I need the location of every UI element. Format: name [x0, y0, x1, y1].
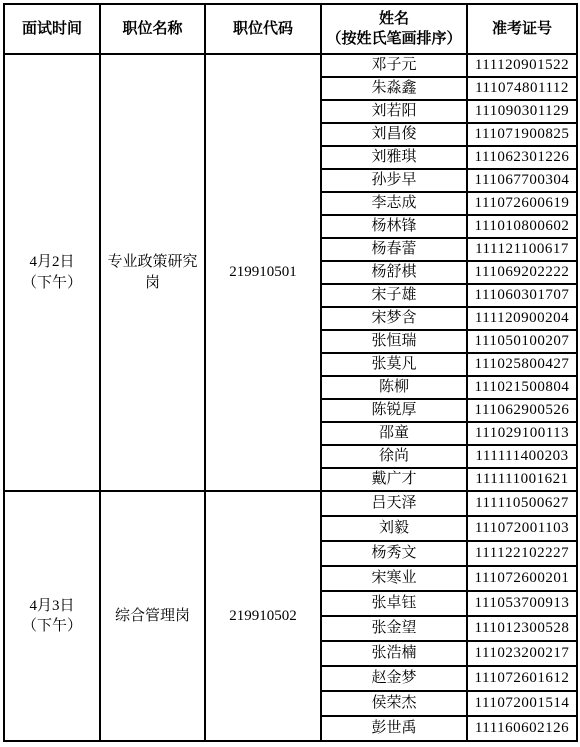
candidate-name-cell: 邵童 [321, 422, 467, 445]
candidate-name-cell: 吕天泽 [321, 491, 467, 516]
ticket-number-cell: 111067700304 [467, 169, 577, 192]
ticket-number-cell: 111050100207 [467, 330, 577, 353]
header-position-code: 职位代码 [205, 4, 321, 54]
ticket-number-cell: 111010800602 [467, 215, 577, 238]
candidate-name-cell: 宋寒业 [321, 566, 467, 591]
ticket-number-cell: 111062301226 [467, 146, 577, 169]
candidate-name-cell: 张金望 [321, 616, 467, 641]
candidate-name-cell: 宋梦含 [321, 307, 467, 330]
candidate-name-cell: 张莫凡 [321, 353, 467, 376]
candidate-name-cell: 张恒瑞 [321, 330, 467, 353]
interview-schedule-table: 面试时间职位名称职位代码姓名 （按姓氏笔画排序）准考证号 4月2日 （下午）专业… [3, 3, 578, 742]
ticket-number-cell: 111111001621 [467, 468, 577, 491]
position-name-cell: 综合管理岗 [100, 491, 205, 741]
ticket-number-cell: 111072601612 [467, 666, 577, 691]
candidate-name-cell: 杨秀文 [321, 541, 467, 566]
ticket-number-cell: 111121100617 [467, 238, 577, 261]
candidate-name-cell: 陈锐厚 [321, 399, 467, 422]
ticket-number-cell: 111069202222 [467, 261, 577, 284]
candidate-name-cell: 刘若阳 [321, 100, 467, 123]
candidate-name-cell: 侯荣杰 [321, 691, 467, 716]
candidate-name-cell: 杨舒棋 [321, 261, 467, 284]
candidate-name-cell: 孙步早 [321, 169, 467, 192]
ticket-number-cell: 111120901522 [467, 54, 577, 77]
position-name-cell: 专业政策研究 岗 [100, 54, 205, 491]
candidate-name-cell: 刘毅 [321, 516, 467, 541]
ticket-number-cell: 111029100113 [467, 422, 577, 445]
interview-time-cell: 4月2日 （下午） [4, 54, 100, 491]
candidate-name-cell: 刘昌俊 [321, 123, 467, 146]
ticket-number-cell: 111053700913 [467, 591, 577, 616]
candidate-name-cell: 彭世禹 [321, 716, 467, 741]
header-position-name: 职位名称 [100, 4, 205, 54]
candidate-name-cell: 宋子雄 [321, 284, 467, 307]
ticket-number-cell: 111072001514 [467, 691, 577, 716]
ticket-number-cell: 111110500627 [467, 491, 577, 516]
ticket-number-cell: 111072600201 [467, 566, 577, 591]
header-interview-time: 面试时间 [4, 4, 100, 54]
candidate-name-cell: 杨春蕾 [321, 238, 467, 261]
ticket-number-cell: 111071900825 [467, 123, 577, 146]
ticket-number-cell: 111012300528 [467, 616, 577, 641]
candidate-name-cell: 李志成 [321, 192, 467, 215]
candidate-name-cell: 戴广才 [321, 468, 467, 491]
header-row: 面试时间职位名称职位代码姓名 （按姓氏笔画排序）准考证号 [4, 4, 577, 54]
candidate-name-cell: 陈柳 [321, 376, 467, 399]
ticket-number-cell: 111072600619 [467, 192, 577, 215]
ticket-number-cell: 111025800427 [467, 353, 577, 376]
ticket-number-cell: 111060301707 [467, 284, 577, 307]
table-header: 面试时间职位名称职位代码姓名 （按姓氏笔画排序）准考证号 [4, 4, 577, 54]
position-code-cell: 219910501 [205, 54, 321, 491]
candidate-name-cell: 赵金梦 [321, 666, 467, 691]
table-body: 4月2日 （下午）专业政策研究 岗219910501邓子元11112090152… [4, 54, 577, 741]
ticket-number-cell: 111023200217 [467, 641, 577, 666]
candidate-name-cell: 张卓钰 [321, 591, 467, 616]
candidate-name-cell: 徐尚 [321, 445, 467, 468]
candidate-name-cell: 刘雅琪 [321, 146, 467, 169]
ticket-number-cell: 111074801112 [467, 77, 577, 100]
candidate-name-cell: 张浩楠 [321, 641, 467, 666]
candidate-name-cell: 邓子元 [321, 54, 467, 77]
position-code-cell: 219910502 [205, 491, 321, 741]
ticket-number-cell: 111021500804 [467, 376, 577, 399]
ticket-number-cell: 111120900204 [467, 307, 577, 330]
candidate-row: 4月3日 （下午）综合管理岗219910502吕天泽111110500627 [4, 491, 577, 516]
ticket-number-cell: 111111400203 [467, 445, 577, 468]
header-candidate-name: 姓名 （按姓氏笔画排序） [321, 4, 467, 54]
candidate-row: 4月2日 （下午）专业政策研究 岗219910501邓子元11112090152… [4, 54, 577, 77]
header-ticket-number: 准考证号 [467, 4, 577, 54]
candidate-name-cell: 杨林锋 [321, 215, 467, 238]
ticket-number-cell: 111072001103 [467, 516, 577, 541]
ticket-number-cell: 111062900526 [467, 399, 577, 422]
ticket-number-cell: 111090301129 [467, 100, 577, 123]
ticket-number-cell: 111122102227 [467, 541, 577, 566]
ticket-number-cell: 111160602126 [467, 716, 577, 741]
candidate-name-cell: 朱淼鑫 [321, 77, 467, 100]
interview-time-cell: 4月3日 （下午） [4, 491, 100, 741]
